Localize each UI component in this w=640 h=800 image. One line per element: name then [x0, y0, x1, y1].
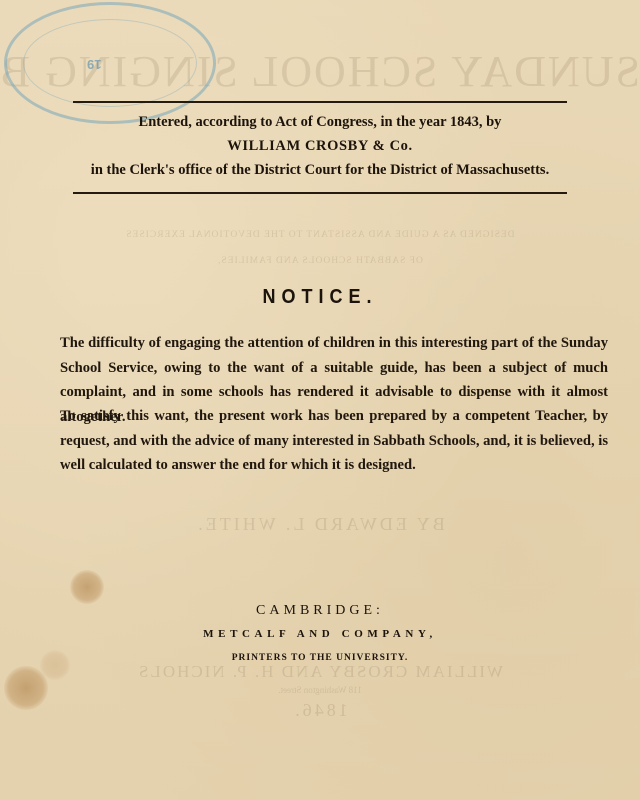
- imprint-city: CAMBRIDGE:: [0, 603, 640, 619]
- bottom-rule: [73, 192, 567, 194]
- copyright-line-2: WILLIAM CROSBY & Co.: [60, 134, 580, 158]
- imprint-printer: METCALF AND COMPANY,: [0, 628, 640, 640]
- show-through-imprint: WILLIAM CROSBY AND H. P. NICHOLS: [0, 662, 640, 682]
- show-through-address: 118 Washington Street.: [0, 685, 640, 695]
- library-stamp-number: 19: [87, 57, 101, 72]
- imprint-role: PRINTERS TO THE UNIVERSITY.: [0, 653, 640, 663]
- show-through-subtitle-1: DESIGNED AS A GUIDE AND ASSISTANT TO THE…: [0, 230, 640, 240]
- show-through-subtitle-2: OF SABBATH SCHOOLS AND FAMILIES,: [0, 256, 640, 266]
- show-through-year: 1846.: [0, 700, 640, 721]
- notice-title: NOTICE.: [0, 284, 640, 308]
- library-stamp: 19: [4, 2, 216, 124]
- show-through-author: BY EDWARD L. WHITE.: [0, 514, 640, 535]
- top-rule: [73, 101, 567, 103]
- document-page: SUNDAY SCHOOL SINGING BOOK DESIGNED AS A…: [0, 0, 640, 800]
- library-stamp-inner-ring: [23, 19, 197, 107]
- notice-paragraph-2-text: To satisfy this want, the present work h…: [60, 408, 608, 473]
- stain-spot: [70, 570, 104, 604]
- copyright-line-3: in the Clerk's office of the District Co…: [60, 158, 580, 182]
- copyright-line-1: Entered, according to Act of Congress, i…: [60, 110, 580, 134]
- copyright-block: Entered, according to Act of Congress, i…: [60, 110, 580, 182]
- notice-paragraph-2: To satisfy this want, the present work h…: [60, 404, 608, 478]
